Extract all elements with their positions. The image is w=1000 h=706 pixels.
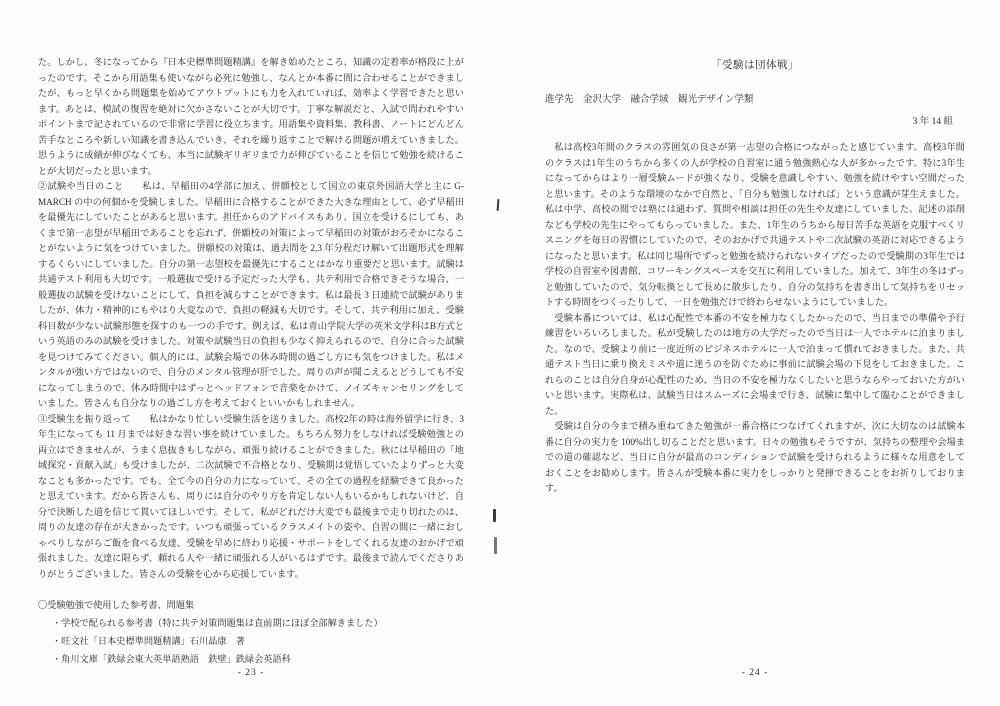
paragraph: た。しかし、冬になってから『日本史標準問題精講』を解き始めたところ、知識の定着率…	[38, 55, 464, 179]
scanned-spread: た。しかし、冬になってから『日本史標準問題精講』を解き始めたところ、知識の定着率…	[0, 0, 1000, 706]
essay-paragraphs-right: 私は高校3年間のクラスの雰囲気の良さが第一志望の合格につながったと感じています。…	[545, 140, 965, 497]
page-left: た。しかし、冬になってから『日本史標準問題精講』を解き始めたところ、知識の定着率…	[38, 0, 464, 706]
paragraph: 受験は自分の今まで積み重ねてきた勉強が一番合格につなげてくれますが、次に大切なの…	[545, 419, 965, 497]
book-item: ・角川文庫「鉄緑会東大英単語熟語 鉄壁」鉄緑会英語科	[38, 650, 464, 668]
reference-book-list: 〇受験勉強で使用した参考書、問題集 ・学校で配られる参考書（特に共テ対策問題集は…	[38, 596, 464, 668]
class-line: 3 年 14 組	[545, 113, 965, 127]
paragraph: ②試験や当日のこと 私は、早稲田の4学部に加え、併願校として国立の東京外国語大学…	[38, 179, 464, 412]
destination-line: 進学先 金沢大学 融合学域 観光デザイン学類	[545, 91, 965, 105]
essay-paragraphs-left: た。しかし、冬になってから『日本史標準問題精講』を解き始めたところ、知識の定着率…	[38, 55, 464, 582]
scan-artifact-mark	[493, 509, 496, 522]
paragraph: ③受験生を振り返って 私はかなり忙しい受験生活を送りました。高校2年の時は海外留…	[38, 412, 464, 583]
book-item: ・旺文社「日本史標準問題精講」石川晶康 著	[38, 632, 464, 650]
page-left-body: た。しかし、冬になってから『日本史標準問題精講』を解き始めたところ、知識の定着率…	[38, 55, 464, 668]
essay-title: 「受験は団体戦」	[545, 57, 965, 72]
page-number-left: - 23 -	[38, 668, 464, 678]
page-right-body: 「受験は団体戦」 進学先 金沢大学 融合学域 観光デザイン学類 3 年 14 組…	[545, 55, 965, 497]
page-right: 「受験は団体戦」 進学先 金沢大学 融合学域 観光デザイン学類 3 年 14 組…	[545, 0, 965, 706]
scan-artifact-mark	[497, 199, 500, 211]
paragraph: 私は高校3年間のクラスの雰囲気の良さが第一志望の合格につながったと感じています。…	[545, 140, 965, 311]
paragraph: 受験本番については、私は心配性で本番の不安を極力なくしたかったので、当日までの準…	[545, 311, 965, 420]
booklist-heading: 〇受験勉強で使用した参考書、問題集	[38, 596, 464, 614]
scan-artifact-mark	[494, 537, 497, 554]
book-item: ・学校で配られる参考書（特に共テ対策問題集は直前期にほぼ全部解きました）	[38, 614, 464, 632]
booklist-items: ・学校で配られる参考書（特に共テ対策問題集は直前期にほぼ全部解きました）・旺文社…	[38, 614, 464, 668]
page-number-right: - 24 -	[545, 668, 965, 678]
